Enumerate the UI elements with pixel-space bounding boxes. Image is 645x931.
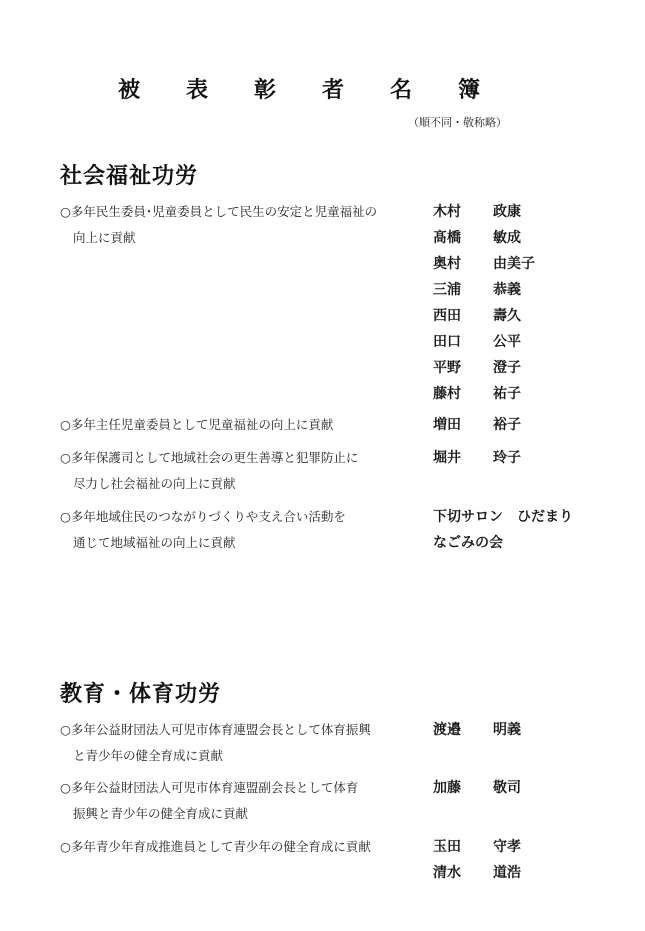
description-line: 通じて地域福祉の向上に貢献: [60, 530, 420, 556]
page-title-char: 彰: [254, 76, 322, 104]
description-line: ○多年民生委員･児童委員として民生の安定と児童福祉の: [60, 199, 420, 225]
section-title-social-welfare: 社会福祉功労: [60, 162, 198, 190]
page-title-char: 表: [186, 76, 254, 104]
recipient-name: 田口公平: [433, 329, 535, 355]
recipient-list: 下切サロン ひだまり なごみの会: [433, 504, 573, 556]
recipient-name: 玉田守孝: [433, 834, 521, 860]
award-description: ○多年公益財団法人可児市体育連盟副会長として体育 振興と青少年の健全育成に貢献: [60, 775, 420, 827]
award-description: ○多年地域住民のつながりづくりや支え合い活動を 通じて地域福祉の向上に貢献: [60, 504, 420, 556]
recipient-group-name: なごみの会: [433, 530, 573, 556]
page-title-char: 名: [390, 76, 458, 104]
award-description: ○多年民生委員･児童委員として民生の安定と児童福祉の 向上に貢献: [60, 199, 420, 251]
recipient-name: 三浦恭義: [433, 277, 535, 303]
description-line: ○多年地域住民のつながりづくりや支え合い活動を: [60, 504, 420, 530]
description-line: 振興と青少年の健全育成に貢献: [60, 801, 420, 827]
description-line: ○多年公益財団法人可児市体育連盟副会長として体育: [60, 775, 420, 801]
description-line: 向上に貢献: [60, 225, 420, 251]
page-title-char: 被: [118, 76, 186, 104]
award-description: ○多年主任児童委員として児童福祉の向上に貢献: [60, 412, 420, 438]
recipient-name: 西田壽久: [433, 303, 535, 329]
page-note: （順不同・敬称略）: [408, 116, 507, 130]
recipient-name: 堀井玲子: [433, 445, 521, 471]
description-line: と青少年の健全育成に貢献: [60, 743, 420, 769]
award-description: ○多年保護司として地域社会の更生善導と犯罪防止に 尽力し社会福祉の向上に貢献: [60, 445, 420, 497]
recipient-group-name: 下切サロン ひだまり: [433, 504, 573, 530]
award-description: ○多年公益財団法人可児市体育連盟会長として体育振興 と青少年の健全育成に貢献: [60, 717, 420, 769]
recipient-name: 増田裕子: [433, 412, 521, 438]
description-line: ○多年主任児童委員として児童福祉の向上に貢献: [60, 412, 420, 438]
recipient-list: 渡邉明義: [433, 717, 521, 743]
recipient-name: 髙橋敏成: [433, 225, 535, 251]
description-line: ○多年保護司として地域社会の更生善導と犯罪防止に: [60, 445, 420, 471]
recipient-name: 奥村由美子: [433, 251, 535, 277]
recipient-name: 平野澄子: [433, 355, 535, 381]
recipient-list: 木村政康 髙橋敏成 奥村由美子 三浦恭義 西田壽久 田口公平 平野澄子 藤村祐子: [433, 199, 535, 407]
recipient-name: 清水道浩: [433, 860, 521, 886]
section-title-education-sports: 教育・体育功労: [60, 680, 221, 708]
page-title-char: 簿: [458, 76, 526, 104]
recipient-name: 木村政康: [433, 199, 535, 225]
recipient-list: 増田裕子: [433, 412, 521, 438]
description-line: 尽力し社会福祉の向上に貢献: [60, 471, 420, 497]
recipient-list: 堀井玲子: [433, 445, 521, 471]
recipient-name: 藤村祐子: [433, 381, 535, 407]
page-title: 被 表 彰 者 名 簿: [118, 76, 526, 104]
description-line: ○多年青少年育成推進員として青少年の健全育成に貢献: [60, 834, 420, 860]
recipient-list: 加藤敬司: [433, 775, 521, 801]
recipient-list: 玉田守孝 清水道浩: [433, 834, 521, 886]
page-title-char: 者: [322, 76, 390, 104]
recipient-name: 渡邉明義: [433, 717, 521, 743]
description-line: ○多年公益財団法人可児市体育連盟会長として体育振興: [60, 717, 420, 743]
award-description: ○多年青少年育成推進員として青少年の健全育成に貢献: [60, 834, 420, 860]
recipient-name: 加藤敬司: [433, 775, 521, 801]
